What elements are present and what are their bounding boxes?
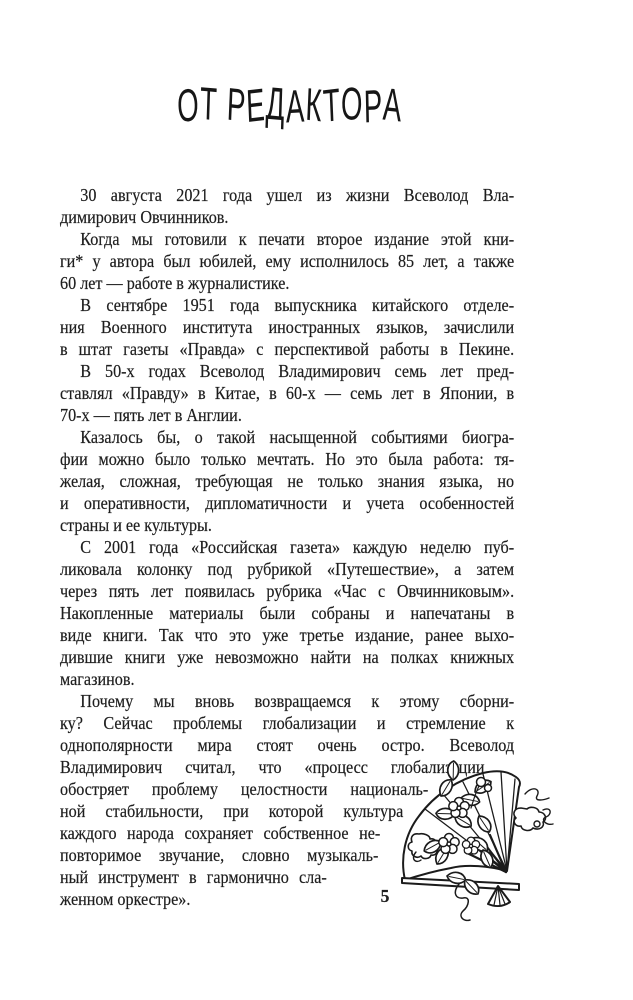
text-line: В 50-х годах Всеволод Владимирович семь …	[60, 360, 514, 382]
text-line: в штат газеты «Правда» с перспективой ра…	[60, 338, 514, 360]
text-line: В сентябре 1951 года выпускника китайско…	[60, 294, 514, 316]
text-line: желая, сложная, требующая не только знан…	[60, 470, 514, 492]
text-line: 30 августа 2021 года ушел из жизни Всево…	[60, 184, 514, 206]
text-line: и оперативности, дипломатичности и учета…	[60, 492, 514, 514]
text-line: повторимое звучание, словно музыкаль-	[60, 844, 378, 866]
book-page: ОТ РЕДАКТОРА 30 августа 2021 года ушел и…	[0, 0, 633, 1000]
text-line: через пять лет появилась рубрика «Час с …	[60, 580, 514, 602]
text-line: Почему мы вновь возвращаемся к этому сбо…	[60, 690, 514, 712]
text-line: Когда мы готовили к печати второе издани…	[60, 228, 514, 250]
fan-illustration-icon	[395, 752, 565, 924]
text-line: обостряет проблему целостности националь…	[60, 778, 428, 800]
text-line: ной стабильности, при которой культура	[60, 800, 403, 822]
text-line: каждого народа сохраняет собственное не-	[60, 822, 380, 844]
text-line: Накопленные материалы были собраны и нап…	[60, 602, 514, 624]
text-line: страны и ее культуры.	[60, 514, 514, 536]
text-line: 60 лет — работе в журналистике.	[60, 272, 514, 294]
cloud-motif	[514, 807, 546, 830]
text-line: ги* у автора был юбилей, ему исполнилось…	[60, 250, 514, 272]
text-line: дившие книги уже невозможно найти на пол…	[60, 646, 514, 668]
text-line: ликовала колонку под рубрикой «Путешеств…	[60, 558, 514, 580]
page-title: ОТ РЕДАКТОРА	[142, 84, 437, 128]
text-line: ставлял «Правду» в Китае, в 60-х — семь …	[60, 382, 514, 404]
text-line: магазинов.	[60, 668, 514, 690]
text-line: фии можно было только мечтать. Но это бы…	[60, 448, 514, 470]
text-line: димирович Овчинников.	[60, 206, 514, 228]
text-line: Казалось бы, о такой насыщенной событиям…	[60, 426, 514, 448]
text-line: ния Военного института иностранных языко…	[60, 316, 514, 338]
text-line: С 2001 года «Российская газета» каждую н…	[60, 536, 514, 558]
text-line: виде книги. Так что это уже третье издан…	[60, 624, 514, 646]
text-line: 70-х — пять лет в Англии.	[60, 404, 514, 426]
text-line: ку? Сейчас проблемы глобализации и стрем…	[60, 712, 514, 734]
text-line: ный инструмент в гармонично сла-	[60, 866, 327, 888]
